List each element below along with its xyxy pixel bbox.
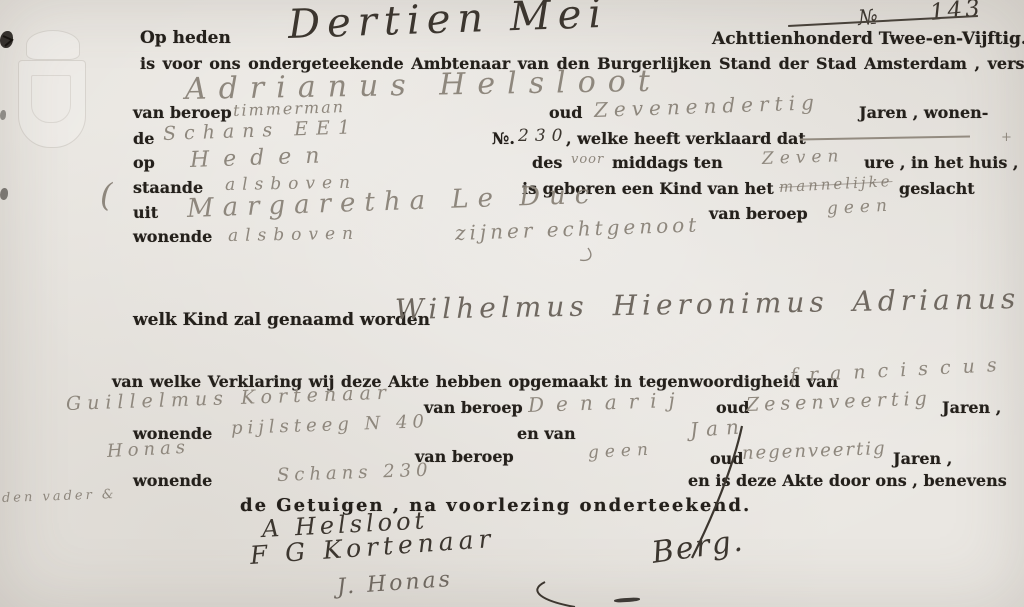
label-witness2-jaren: Jaren , bbox=[893, 449, 952, 468]
hand-relation: zijner echtgenoot bbox=[455, 212, 701, 245]
ink-brace: ( bbox=[100, 176, 112, 214]
hand-witness2-age: negenveertig bbox=[742, 438, 887, 464]
label-no: №. bbox=[492, 129, 515, 148]
hand-witness1-age: Zesenveertig bbox=[746, 388, 933, 416]
label-child-name: welk Kind zal genaamd worden bbox=[133, 310, 430, 330]
label-witness2-wonende: wonende bbox=[133, 471, 212, 490]
scan-artifact bbox=[0, 188, 8, 200]
label-witness2-oud: oud bbox=[710, 449, 744, 468]
scan-artifact bbox=[614, 597, 640, 603]
label-oud: oud bbox=[549, 103, 583, 122]
seal-shield-icon bbox=[18, 60, 86, 148]
label-de: de bbox=[133, 129, 154, 148]
scan-artifact bbox=[0, 110, 6, 120]
label-des: des bbox=[532, 153, 562, 172]
label-witness1-beroep: van beroep bbox=[424, 398, 523, 417]
blank-line bbox=[800, 136, 970, 140]
label-en-van: en van bbox=[517, 424, 576, 443]
signature-berg: Berg. bbox=[650, 523, 747, 571]
label-uit: uit bbox=[133, 203, 158, 222]
label-year: Achttienhonderd Twee-en-Vijftig. bbox=[712, 29, 1024, 49]
label-geslacht: geslacht bbox=[899, 179, 975, 198]
label-wonende: wonende bbox=[133, 227, 212, 246]
signature-honas: J. Honas bbox=[336, 567, 454, 600]
label-op-heden: Op heden bbox=[140, 28, 231, 48]
hand-witness1-first: franciscus bbox=[789, 354, 1009, 387]
hand-witness2-first: Jan bbox=[689, 414, 747, 442]
label-ure: ure , in het huis , bbox=[864, 153, 1019, 172]
scan-artifact: + bbox=[1001, 130, 1012, 145]
hand-margin-note: den vader & bbox=[2, 487, 117, 506]
label-van-beroep: van beroep bbox=[133, 103, 232, 122]
hand-witness2-address: Schans 230 bbox=[277, 460, 433, 486]
hand-witness1-beroep: Denarij bbox=[528, 387, 688, 417]
hand-dagdeel: voor bbox=[571, 152, 604, 167]
act-number-scribble: № bbox=[857, 5, 879, 30]
hand-date: Dertien Mei bbox=[287, 0, 609, 48]
hand-witness2-beroep: geen bbox=[587, 440, 654, 463]
embossed-seal bbox=[12, 28, 96, 166]
act-number: 143 bbox=[929, 0, 984, 26]
label-witness1-jaren: Jaren , bbox=[942, 398, 1001, 417]
hand-witness1-address: pijlsteeg N 40 bbox=[231, 411, 430, 439]
hand-mother-beroep: geen bbox=[826, 196, 893, 219]
label-jaren-wonen: Jaren , wonen- bbox=[859, 103, 988, 122]
label-middags-ten: middags ten bbox=[612, 153, 723, 172]
hand-hour: Zeven bbox=[762, 146, 845, 169]
hand-mother-wonende: alsboven bbox=[228, 224, 360, 246]
birth-certificate-scan: + Op heden Dertien Mei Achttienhonderd T… bbox=[0, 0, 1024, 607]
label-op: op bbox=[133, 153, 155, 172]
label-verklaard: , welke heeft verklaard dat bbox=[566, 129, 806, 148]
seal-crown-icon bbox=[26, 30, 80, 60]
hand-house-no: 230 bbox=[518, 126, 568, 146]
hand-geslacht: mannelijke bbox=[779, 172, 893, 196]
label-mother-beroep: van beroep bbox=[709, 204, 808, 223]
label-akte-line: en is deze Akte door ons , benevens bbox=[688, 471, 1007, 490]
hand-date-ref: Heden bbox=[190, 143, 334, 173]
hand-child-name: Wilhelmus Hieronimus Adrianus bbox=[395, 282, 1021, 326]
hand-witness2-name: Honas bbox=[106, 437, 190, 462]
